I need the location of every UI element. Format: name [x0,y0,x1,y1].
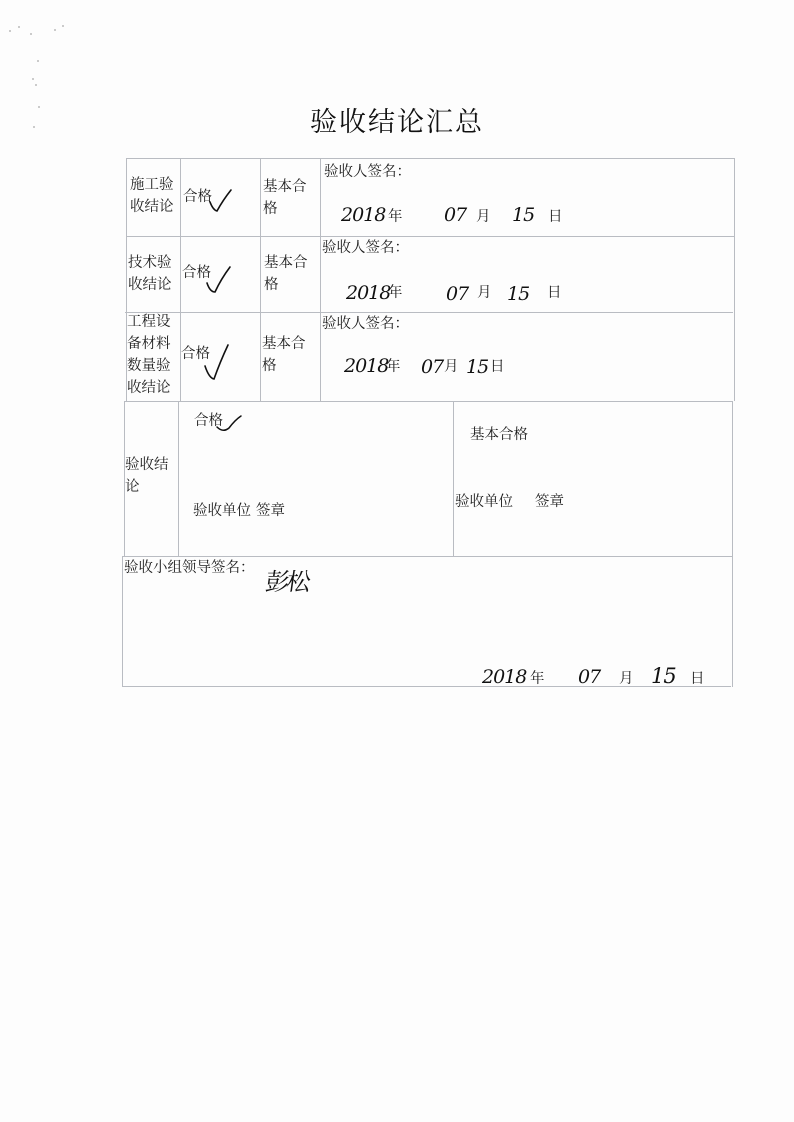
date-year: 2018 [482,666,526,688]
basic-pass-option: 基本合格 [263,176,307,220]
col-divider [453,401,454,556]
date-month: 07 [421,356,443,378]
col-divider [260,158,261,401]
col-divider [178,401,179,556]
col-divider [320,158,321,401]
table-border-left [122,556,123,687]
table-border-right [732,401,733,687]
date-month: 07 [444,204,466,226]
leader-handwritten-signature: 彭松 [264,562,311,597]
row-label: 验收结论 [125,454,169,498]
checkmark-icon [197,412,243,434]
date-day: 15 [466,356,488,378]
date-day: 15 [507,283,529,305]
basic-pass-option: 基本合格 [262,333,306,377]
date-year: 2018 [341,204,385,226]
row-label: 工程设备材料 数量验收结论 [127,311,171,399]
row-divider [126,236,734,237]
date-day: 15 [651,664,676,688]
signer-label: 验收人签名： [324,161,411,183]
table-border-right [734,158,735,401]
checkmark-icon [204,263,232,295]
date-day: 15 [512,204,534,226]
date-year: 2018 [346,282,390,304]
checkmark-icon [207,186,233,214]
leader-signature-label: 验收小组领导签名： [124,557,255,579]
basic-pass-option: 基本合格 [470,424,528,446]
basic-pass-option: 基本合格 [264,252,308,296]
date-year: 2018 [344,355,388,377]
table-border-bottom [122,686,731,687]
row-label: 施工验收结论 [130,174,174,218]
row-label: 技术验收结论 [128,252,172,296]
signer-label: 验收人签名： [322,237,409,259]
date-month: 07 [578,666,600,688]
checkmark-icon [202,342,230,382]
document-title: 验收结论汇总 [0,100,794,139]
row-divider [125,312,733,313]
row-divider [124,401,733,402]
table-border-top [126,158,735,159]
signer-label: 验收人签名： [322,313,409,335]
date-month: 07 [446,283,468,305]
